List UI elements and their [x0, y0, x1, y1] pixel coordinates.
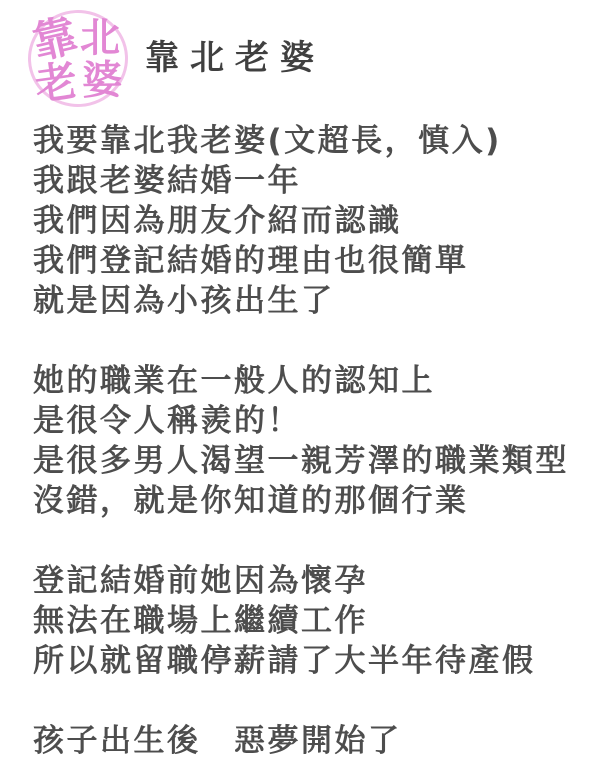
- page-title[interactable]: 靠北老婆: [145, 30, 325, 79]
- page-avatar[interactable]: 靠 北 老 婆: [26, 7, 131, 109]
- post-line: 我們因為朋友介紹而認識: [33, 201, 590, 241]
- post-line: 無法在職場上繼續工作: [33, 601, 590, 641]
- post-card: 靠 北 老 婆 靠北老婆 我要靠北我老婆(文超長，慎入) 我跟老婆結婚一年 我們…: [0, 0, 600, 761]
- post-line: 孩子出生後 惡夢開始了: [33, 721, 590, 761]
- paragraph: 我要靠北我老婆(文超長，慎入) 我跟老婆結婚一年 我們因為朋友介紹而認識 我們登…: [33, 121, 590, 321]
- paragraph: 孩子出生後 惡夢開始了: [33, 721, 590, 761]
- avatar-seal-char: 婆: [81, 60, 122, 101]
- post-header: 靠 北 老 婆 靠北老婆: [0, 0, 600, 107]
- post-line: 我們登記結婚的理由也很簡單: [33, 241, 590, 281]
- post-line: 就是因為小孩出生了: [33, 281, 590, 321]
- avatar-seal-char: 老: [33, 59, 80, 106]
- post-line: 我要靠北我老婆(文超長，慎入): [33, 121, 590, 161]
- post-line: 我跟老婆結婚一年: [33, 161, 590, 201]
- paragraph: 她的職業在一般人的認知上 是很令人稱羨的！ 是很多男人渴望一親芳澤的職業類型 沒…: [33, 361, 590, 521]
- post-line: 是很多男人渴望一親芳澤的職業類型: [33, 441, 590, 481]
- post-line: 是很令人稱羨的！: [33, 401, 590, 441]
- post-line: 所以就留職停薪請了大半年待產假: [33, 641, 590, 681]
- post-body: 我要靠北我老婆(文超長，慎入) 我跟老婆結婚一年 我們因為朋友介紹而認識 我們登…: [0, 107, 600, 761]
- paragraph: 登記結婚前她因為懷孕 無法在職場上繼續工作 所以就留職停薪請了大半年待產假: [33, 561, 590, 681]
- post-line: 沒錯，就是你知道的那個行業: [33, 481, 590, 521]
- avatar-seal-char: 北: [79, 18, 119, 58]
- post-line: 她的職業在一般人的認知上: [33, 361, 590, 401]
- post-line: 登記結婚前她因為懷孕: [33, 561, 590, 601]
